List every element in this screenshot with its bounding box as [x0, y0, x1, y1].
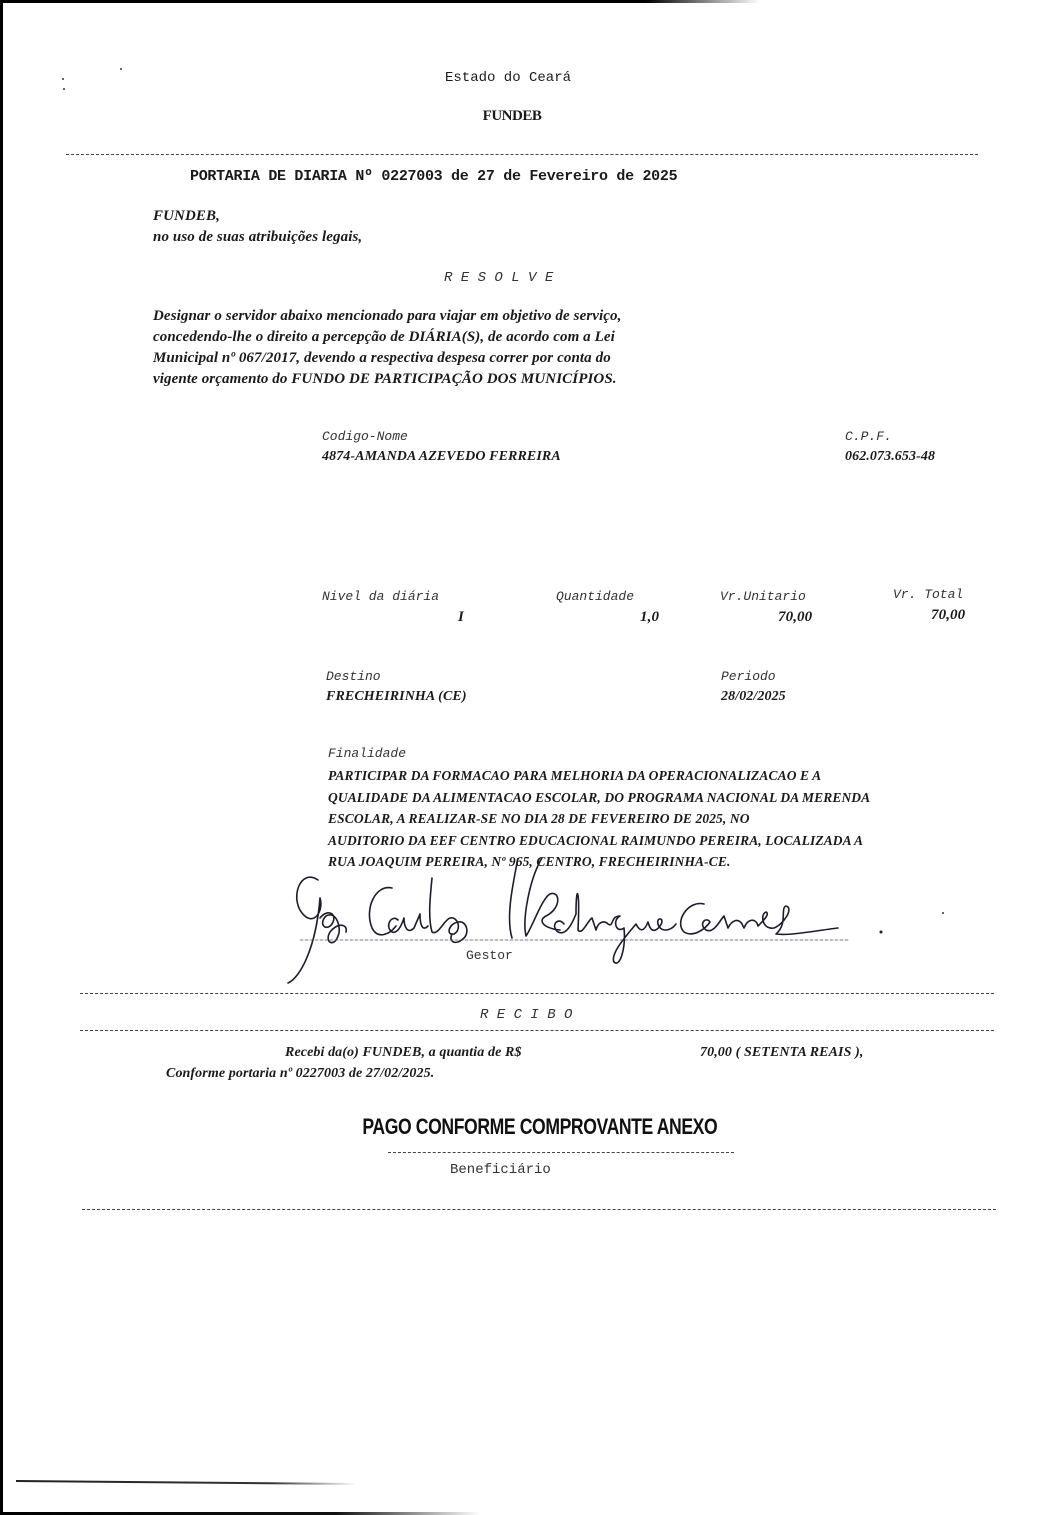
body-line: concedendo-lhe o direito a percepção de … — [153, 327, 622, 348]
codigo-nome-label: Codigo-Nome — [322, 429, 408, 444]
quantidade-label: Quantidade — [556, 589, 634, 604]
beneficiario-signature-line — [388, 1152, 734, 1153]
body-line: vigente orçamento do FUNDO DE PARTICIPAÇ… — [153, 369, 622, 390]
state-name: Estado do Ceará — [0, 70, 1016, 86]
divider — [82, 1209, 996, 1210]
intro-text: no uso de suas atribuições legais, — [153, 229, 362, 246]
body-line: Designar o servidor abaixo mencionado pa… — [153, 306, 622, 327]
destino-value: FRECHEIRINHA (CE) — [326, 689, 467, 705]
total-value: 70,00 — [931, 607, 965, 624]
gestor-label: Gestor — [466, 948, 513, 963]
recibo-line1-prefix: Recebi da(o) FUNDEB, a quantia de R$ — [285, 1045, 522, 1061]
scan-speck — [942, 912, 944, 914]
destino-label: Destino — [326, 669, 381, 684]
intro-entity: FUNDEB, — [153, 208, 220, 225]
codigo-nome-value: 4874-AMANDA AZEVEDO FERREIRA — [322, 449, 561, 465]
gestor-signature — [280, 858, 900, 988]
total-label: Vr. Total — [893, 587, 963, 602]
finalidade-line: PARTICIPAR DA FORMACAO PARA MELHORIA DA … — [328, 765, 870, 787]
divider — [80, 1030, 994, 1031]
cpf-value: 062.073.653-48 — [845, 449, 935, 465]
scan-border-top — [0, 0, 760, 3]
payment-stamp-text: PAGO CONFORME COMPROVANTE ANEXO — [363, 1114, 718, 1140]
body-line: Municipal nº 067/2017, devendo a respect… — [153, 348, 622, 369]
finalidade-line: ESCOLAR, A REALIZAR-SE NO DIA 28 DE FEVE… — [328, 808, 870, 830]
finalidade-label: Finalidade — [328, 746, 406, 761]
divider — [80, 993, 994, 994]
payment-stamp: PAGO CONFORME COMPROVANTE ANEXO — [0, 1114, 1054, 1140]
finalidade-text: PARTICIPAR DA FORMACAO PARA MELHORIA DA … — [328, 765, 870, 873]
scan-border-left — [0, 0, 3, 1515]
resolve-heading: R E S O L V E — [444, 270, 553, 286]
unitario-label: Vr.Unitario — [720, 589, 806, 604]
finalidade-line: AUDITORIO DA EEF CENTRO EDUCACIONAL RAIM… — [328, 830, 870, 852]
beneficiario-label: Beneficiário — [450, 1162, 551, 1178]
periodo-label: Periodo — [721, 669, 776, 684]
recibo-heading: R E C I B O — [480, 1007, 572, 1023]
finalidade-line: QUALIDADE DA ALIMENTACAO ESCOLAR, DO PRO… — [328, 787, 870, 809]
quantidade-value: 1,0 — [640, 609, 659, 626]
portaria-title: PORTARIA DE DIARIA Nº 0227003 de 27 de F… — [190, 168, 677, 185]
nivel-label: Nivel da diária — [322, 589, 439, 604]
unitario-value: 70,00 — [778, 609, 812, 626]
cpf-label: C.P.F. — [845, 429, 892, 444]
scan-line-artifact — [16, 1480, 356, 1485]
divider — [66, 154, 978, 155]
recibo-line2: Conforme portaria nº 0227003 de 27/02/20… — [166, 1066, 434, 1082]
entity-name: FUNDEB — [0, 108, 1024, 125]
recibo-amount: 70,00 ( SETENTA REAIS ), — [700, 1045, 863, 1061]
periodo-value: 28/02/2025 — [721, 689, 786, 705]
scan-speck — [63, 88, 65, 90]
portaria-body: Designar o servidor abaixo mencionado pa… — [153, 306, 622, 390]
nivel-value: I — [458, 609, 464, 626]
